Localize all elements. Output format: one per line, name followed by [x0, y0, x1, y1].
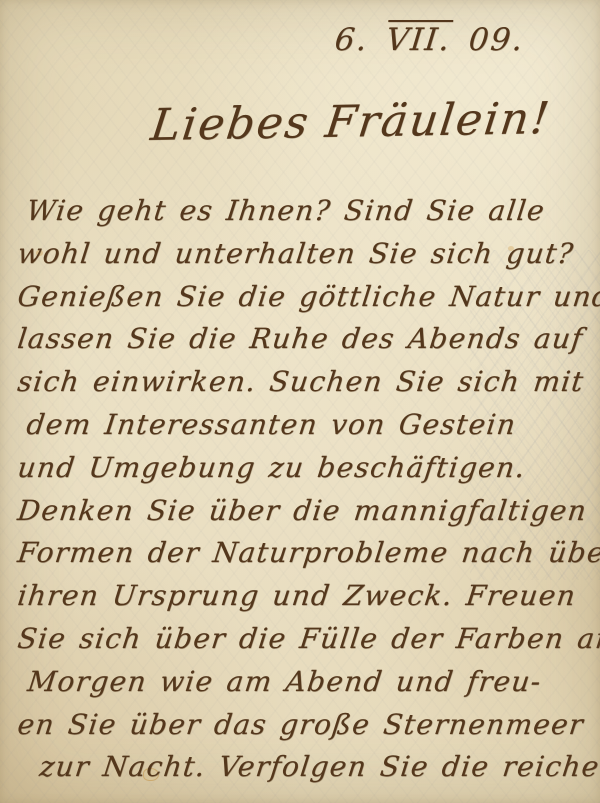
handwriting-line: wohl und unterhalten Sie sich gut?	[15, 233, 598, 276]
letter-body: Wie geht es Ihnen? Sind Sie alle wohl un…	[15, 190, 593, 789]
handwriting-line: ihren Ursprung und Zweck. Freuen	[15, 575, 598, 618]
salutation: Liebes Fräulein!	[148, 93, 554, 151]
handwriting-line: Formen der Naturprobleme nach über	[15, 532, 598, 575]
date-month: VII.	[384, 22, 453, 58]
handwriting-line: dem Interessanten von Gestein	[24, 404, 598, 447]
handwriting-line: Wie geht es Ihnen? Sind Sie alle	[24, 190, 598, 233]
handwriting-line: lassen Sie die Ruhe des Abends auf	[15, 318, 598, 361]
handwriting-line: Sie sich über die Fülle der Farben am	[15, 618, 598, 661]
handwriting-line: Genießen Sie die göttliche Natur und	[15, 276, 598, 319]
date-day: 6.	[333, 22, 370, 58]
handwriting-line: en Sie über das große Sternenmeer	[15, 704, 598, 747]
handwriting-line: und Umgebung zu beschäftigen.	[15, 447, 598, 490]
handwriting-line: Denken Sie über die mannigfaltigen	[15, 490, 598, 533]
handwriting-line: zur Nacht. Verfolgen Sie die reichen	[37, 746, 598, 789]
letter-date: 6. VII. 09.	[333, 22, 526, 58]
handwriting-line: sich einwirken. Suchen Sie sich mit	[15, 361, 598, 404]
handwriting-line: Morgen wie am Abend und freu-	[25, 661, 598, 704]
date-year: 09.	[467, 22, 526, 58]
